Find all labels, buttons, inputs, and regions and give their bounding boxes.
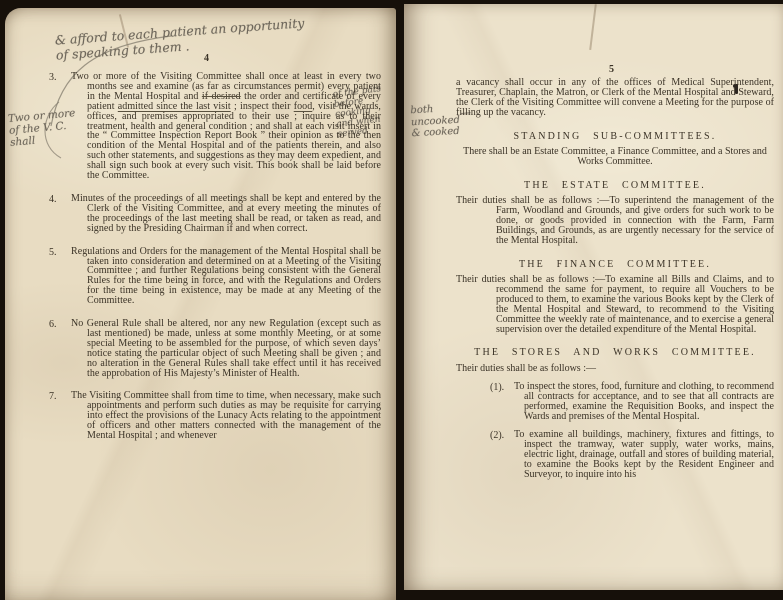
page-number-left: 4 — [204, 53, 209, 64]
sub-item-text: To inspect the stores, food, furniture a… — [514, 382, 774, 422]
item-text: No General Rule shall be altered, nor an… — [71, 319, 381, 378]
estate-committee-duties: Their duties shall be as follows :—To su… — [456, 196, 774, 246]
item-text: Two or more of the Visiting Committee sh… — [71, 72, 381, 181]
regulation-item-7: 7. The Visiting Committee shall from tim… — [49, 391, 381, 441]
continuation-paragraph: a vacancy shall occur in any of the offi… — [456, 78, 774, 118]
finance-committee-duties: Their duties shall be as follows :—To ex… — [456, 275, 774, 334]
regulations-list: 3. Two or more of the Visiting Committee… — [49, 72, 381, 454]
left-page: & afford to each patient an opportunity … — [5, 8, 396, 600]
sub-item-text: To examine all buildings, machinery, fix… — [514, 430, 774, 480]
heading-standing-sub-committees: STANDING SUB-COMMITTEES. — [456, 131, 774, 142]
regulation-item-5: 5. Regulations and Orders for the manage… — [49, 247, 381, 306]
page-number-right: 5 — [609, 64, 614, 75]
standing-sub-committees-text: There shall be an Estate Committee, a Fi… — [456, 147, 774, 168]
item-text-segment: , visit the wards, offices, and premises… — [87, 101, 381, 181]
stores-works-sub-item-2: (2). To examine all buildings, machinery… — [490, 430, 774, 480]
sub-item-number: (1). — [490, 382, 514, 422]
stores-works-duties-intro: Their duties shall be as follows :— — [456, 363, 774, 374]
handwritten-margin-note: both uncooked & cooked — [410, 103, 461, 140]
item-number: 7. — [49, 391, 71, 441]
heading-stores-and-works-committee: THE STORES AND WORKS COMMITTEE. — [456, 347, 774, 358]
right-page-text: a vacancy shall occur in any of the offi… — [456, 78, 774, 480]
regulation-item-3: 3. Two or more of the Visiting Committee… — [49, 72, 381, 181]
stores-works-sub-item-1: (1). To inspect the stores, food, furnit… — [490, 382, 774, 422]
page-crease — [589, 4, 596, 50]
regulation-item-4: 4. Minutes of the proceedings of all mee… — [49, 194, 381, 234]
regulation-item-6: 6. No General Rule shall be altered, nor… — [49, 319, 381, 378]
handwritten-top-annotation: & afford to each patient an opportunity … — [54, 9, 389, 62]
item-text: Regulations and Orders for the managemen… — [71, 247, 381, 306]
item-text: Minutes of the proceedings of all meetin… — [71, 194, 381, 234]
open-book-photo: & afford to each patient an opportunity … — [0, 0, 783, 600]
sub-item-number: (2). — [490, 430, 514, 480]
item-text: The Visiting Committee shall from time t… — [71, 391, 381, 441]
heading-estate-committee: THE ESTATE COMMITTEE. — [456, 180, 774, 191]
item-number: 5. — [49, 247, 71, 306]
item-number: 4. — [49, 194, 71, 234]
item-number: 3. — [49, 72, 71, 181]
heading-finance-committee: THE FINANCE COMMITTEE. — [456, 259, 774, 270]
item-number: 6. — [49, 319, 71, 378]
right-page: 5 both uncooked & cooked — a vacancy sha… — [404, 4, 783, 590]
